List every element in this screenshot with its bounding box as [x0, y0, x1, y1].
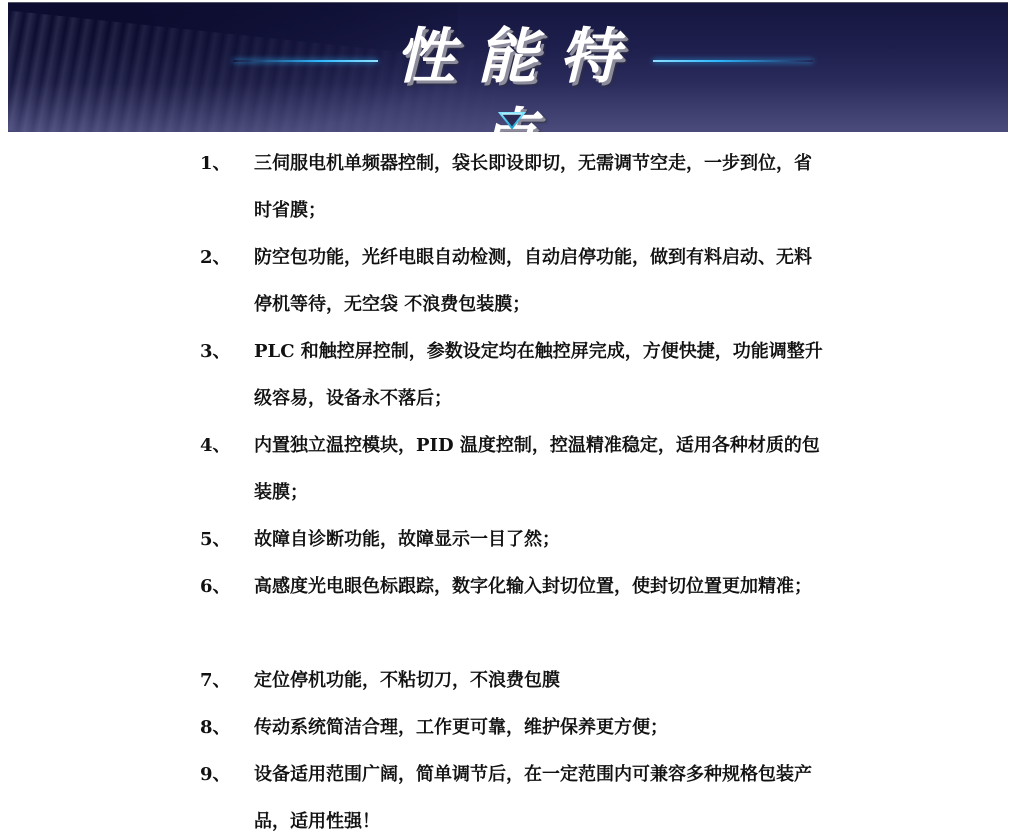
feature-text: 防空包功能，光纤电眼自动检测，自动启停功能，做到有料启动、无料停机等待，无空袋 … — [254, 234, 829, 328]
feature-item-7: 7、 定位停机功能，不粘切刀，不浪费包膜 — [0, 657, 1021, 704]
feature-text: 高感度光电眼色标跟踪，数字化输入封切位置，使封切位置更加精准； — [254, 563, 829, 610]
feature-list: 1、 三伺服电机单频器控制，袋长即设即切，无需调节空走，一步到位，省时省膜； 2… — [0, 140, 1021, 840]
feature-text: 传动系统简洁合理，工作更可靠，维护保养更方便； — [254, 704, 829, 751]
feature-item-9: 9、 设备适用范围广阔，简单调节后，在一定范围内可兼容多种规格包装产品，适用性强… — [0, 751, 1021, 840]
feature-number: 2、 — [200, 234, 250, 281]
feature-number: 9、 — [200, 751, 250, 798]
feature-item-4: 4、 内置独立温控模块，PID 温度控制，控温精准稳定，适用各种材质的包装膜； — [0, 422, 1021, 516]
feature-item-3: 3、 PLC 和触控屏控制，参数设定均在触控屏完成，方便快捷，功能调整升级容易，… — [0, 328, 1021, 422]
feature-text: 三伺服电机单频器控制，袋长即设即切，无需调节空走，一步到位，省时省膜； — [254, 140, 829, 234]
feature-text: PLC 和触控屏控制，参数设定均在触控屏完成，方便快捷，功能调整升级容易，设备永… — [254, 328, 829, 422]
feature-item-2: 2、 防空包功能，光纤电眼自动检测，自动启停功能，做到有料启动、无料停机等待，无… — [0, 234, 1021, 328]
header-banner: 性能特点 — [8, 2, 1008, 132]
feature-text: 故障自诊断功能，故障显示一目了然； — [254, 516, 829, 563]
feature-text: 定位停机功能，不粘切刀，不浪费包膜 — [254, 657, 829, 704]
feature-number: 1、 — [200, 140, 250, 187]
feature-number: 5、 — [200, 516, 250, 563]
feature-number: 6、 — [200, 563, 250, 610]
feature-text: 内置独立温控模块，PID 温度控制，控温精准稳定，适用各种材质的包装膜； — [254, 422, 829, 516]
glow-line-left — [233, 60, 378, 62]
feature-item-5: 5、 故障自诊断功能，故障显示一目了然； — [0, 516, 1021, 563]
down-triangle-icon — [498, 111, 526, 129]
feature-number: 7、 — [200, 657, 250, 704]
feature-item-6: 6、 高感度光电眼色标跟踪，数字化输入封切位置，使封切位置更加精准； — [0, 563, 1021, 657]
feature-number: 8、 — [200, 704, 250, 751]
feature-number: 4、 — [200, 422, 250, 469]
feature-text: 设备适用范围广阔，简单调节后，在一定范围内可兼容多种规格包装产品，适用性强！ — [254, 751, 829, 840]
feature-item-1: 1、 三伺服电机单频器控制，袋长即设即切，无需调节空走，一步到位，省时省膜； — [0, 140, 1021, 234]
feature-number: 3、 — [200, 328, 250, 375]
feature-item-8: 8、 传动系统简洁合理，工作更可靠，维护保养更方便； — [0, 704, 1021, 751]
